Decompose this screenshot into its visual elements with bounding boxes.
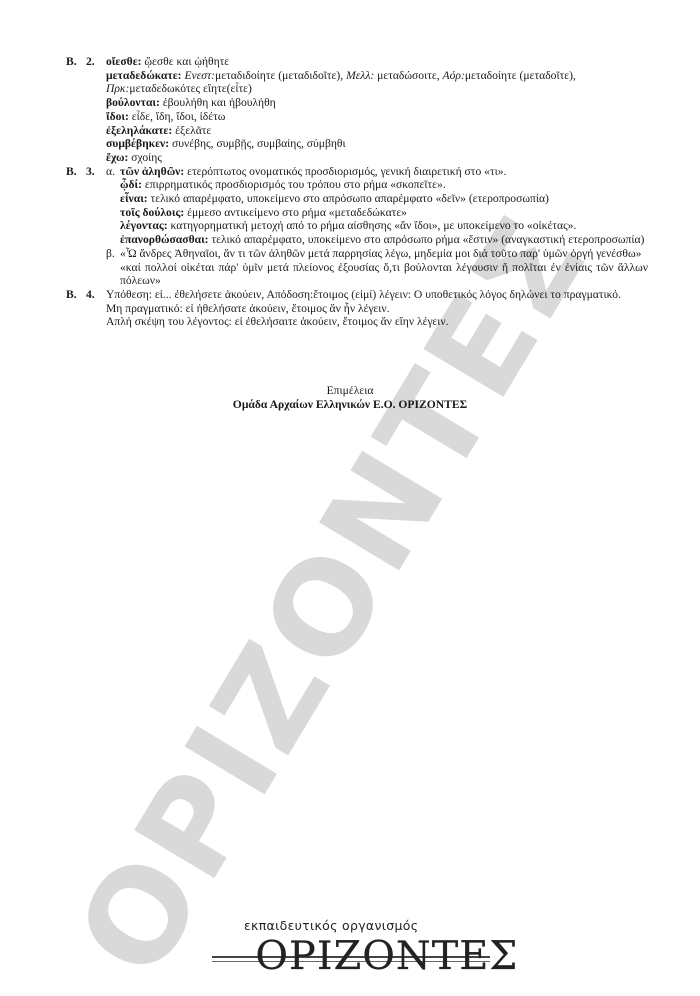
entry-term: λέγοντας: bbox=[120, 219, 168, 232]
paragraph: Μη πραγματικό: εἰ ἠθελήσατε ἀκούειν, ἕτο… bbox=[106, 302, 648, 316]
entry-text: σχοίης bbox=[128, 151, 162, 164]
entry-text: μεταδεδωκότες εἴητε(εἶτε) bbox=[129, 82, 251, 95]
entry: τῶν ἀληθῶν: ετερόπτωτος ονοματικός προσδ… bbox=[120, 165, 648, 179]
entry-text: μεταδώσοιτε, bbox=[374, 69, 442, 82]
entry-term: οἴεσθε: bbox=[106, 55, 142, 68]
entry-text: συνέβης, συμβῇς, συμβαίης, σύμβηθι bbox=[169, 137, 346, 150]
entry: οἴεσθε: ᾤεσθε και ᾠήθητε bbox=[106, 55, 648, 69]
section-label: Β. bbox=[66, 165, 86, 288]
entry: ἴδοι: εἶδε, ἴδη, ἴδοι, ἰδέτω bbox=[106, 110, 648, 124]
entry: ἔχω: σχοίης bbox=[106, 151, 648, 165]
entry-text: κατηγορηματική μετοχή από το ρήμα αίσθησ… bbox=[168, 219, 577, 232]
entry-text: ετερόπτωτος ονοματικός προσδιορισμός, γε… bbox=[184, 165, 506, 178]
entry-text: τελικό απαρέμφατο, υποκείμενο στο απρόσω… bbox=[209, 233, 645, 246]
subsection-a: α. τῶν ἀληθῶν: ετερόπτωτος ονοματικός πρ… bbox=[106, 165, 648, 247]
entry-term: ᾧδί: bbox=[120, 178, 142, 191]
entry-text: ἐξελᾶτε bbox=[172, 124, 211, 137]
entry-tense: Ενεστ: bbox=[182, 69, 215, 82]
entry-term: εἶναι: bbox=[120, 192, 148, 205]
section-b3: Β. 3. α. τῶν ἀληθῶν: ετερόπτωτος ονοματι… bbox=[66, 165, 648, 288]
entry-text: ᾤεσθε και ᾠήθητε bbox=[142, 55, 230, 68]
section-number: 2. bbox=[86, 55, 106, 165]
entry-term: τῶν ἀληθῶν: bbox=[120, 165, 184, 178]
subsection-b: β. «Ὦ ἄνδρες Ἀθηναῖοι, ἄν τι τῶν ἀληθῶν … bbox=[106, 247, 648, 288]
quote: «καί πολλοί οἰκέται πάρ' ὑμῖν μετά πλείο… bbox=[120, 261, 648, 288]
entry-term: ἐξεληλάκατε: bbox=[106, 124, 172, 137]
entry-text: εἶδε, ἴδη, ἴδοι, ἰδέτω bbox=[129, 110, 226, 123]
entry: συμβέβηκεν: συνέβης, συμβῇς, συμβαίης, σ… bbox=[106, 137, 648, 151]
entry: ἐπανορθώσασθαι: τελικό απαρέμφατο, υποκε… bbox=[120, 233, 648, 247]
entry-text: ἐβουλήθη και ἠβουλήθη bbox=[160, 96, 276, 109]
entry: λέγοντας: κατηγορηματική μετοχή από το ρ… bbox=[120, 219, 648, 233]
entry-tense: Μελλ: bbox=[346, 69, 374, 82]
subsection-label: β. bbox=[106, 247, 120, 288]
entry-term: βούλονται: bbox=[106, 96, 160, 109]
logo-tagline: εκπαιδευτικός οργανισμός bbox=[244, 918, 418, 933]
entry: τοῖς δούλοις: έμμεσο αντικείμενο στο ρήμ… bbox=[120, 206, 648, 220]
entry: μεταδεδώκατε: Ενεστ:μεταδιδοίητε (μεταδι… bbox=[106, 69, 648, 83]
entry-term: τοῖς δούλοις: bbox=[120, 206, 184, 219]
entry-text: τελικό απαρέμφατο, υποκείμενο στο απρόσω… bbox=[148, 192, 549, 205]
entry-text: έμμεσο αντικείμενο στο ρήμα «μεταδεδώκατ… bbox=[184, 206, 407, 219]
entry-text: επιρρηματικός προσδιορισμός του τρόπου σ… bbox=[142, 178, 446, 191]
entry-term: συμβέβηκεν: bbox=[106, 137, 169, 150]
entry: ἐξεληλάκατε: ἐξελᾶτε bbox=[106, 124, 648, 138]
section-b2: Β. 2. οἴεσθε: ᾤεσθε και ᾠήθητε μεταδεδώκ… bbox=[66, 55, 648, 165]
entry-term: μεταδεδώκατε: bbox=[106, 69, 182, 82]
logo-brand: ΟΡΙΖΟΝΤΕΣ bbox=[255, 934, 518, 979]
entry: ᾧδί: επιρρηματικός προσδιορισμός του τρό… bbox=[120, 178, 648, 192]
section-label: Β. bbox=[66, 288, 86, 329]
credit-title: Επιμέλεια bbox=[0, 384, 700, 398]
answer-content: Β. 2. οἴεσθε: ᾤεσθε και ᾠήθητε μεταδεδώκ… bbox=[66, 55, 648, 329]
quote: «Ὦ ἄνδρες Ἀθηναῖοι, ἄν τι τῶν ἀληθῶν μετ… bbox=[120, 247, 648, 261]
section-number: 4. bbox=[86, 288, 106, 329]
entry: εἶναι: τελικό απαρέμφατο, υποκείμενο στο… bbox=[120, 192, 648, 206]
organization-logo: εκπαιδευτικός οργανισμός ΟΡΙΖΟΝΤΕΣ bbox=[208, 907, 498, 987]
credit-team: Ομάδα Αρχαίων Ελληνικών Ε.Ο. ΟΡΙΖΟΝΤΕΣ bbox=[0, 398, 700, 412]
entry-text: μεταδοίητε (μεταδοῖτε), bbox=[465, 69, 576, 82]
section-number: 3. bbox=[86, 165, 106, 288]
entry-term: ἴδοι: bbox=[106, 110, 129, 123]
paragraph: Υπόθεση: εἰ... ἐθελήσετε ἀκούειν, Απόδοσ… bbox=[106, 288, 648, 302]
credits: Επιμέλεια Ομάδα Αρχαίων Ελληνικών Ε.Ο. Ο… bbox=[0, 384, 700, 411]
entry-term: ἔχω: bbox=[106, 151, 128, 164]
entry: Πρκ:μεταδεδωκότες εἴητε(εἶτε) bbox=[106, 82, 648, 96]
section-label: Β. bbox=[66, 55, 86, 165]
entry-tense: Αόρ: bbox=[443, 69, 465, 82]
entry-text: μεταδιδοίητε (μεταδιδοῖτε), bbox=[215, 69, 346, 82]
section-b4: Β. 4. Υπόθεση: εἰ... ἐθελήσετε ἀκούειν, … bbox=[66, 288, 648, 329]
entry-term: ἐπανορθώσασθαι: bbox=[120, 233, 209, 246]
entry-tense: Πρκ: bbox=[106, 82, 129, 95]
subsection-label: α. bbox=[106, 165, 120, 247]
paragraph: Απλή σκέψη του λέγοντος: εἰ ἐθελήσαιτε ἀ… bbox=[106, 315, 648, 329]
entry: βούλονται: ἐβουλήθη και ἠβουλήθη bbox=[106, 96, 648, 110]
